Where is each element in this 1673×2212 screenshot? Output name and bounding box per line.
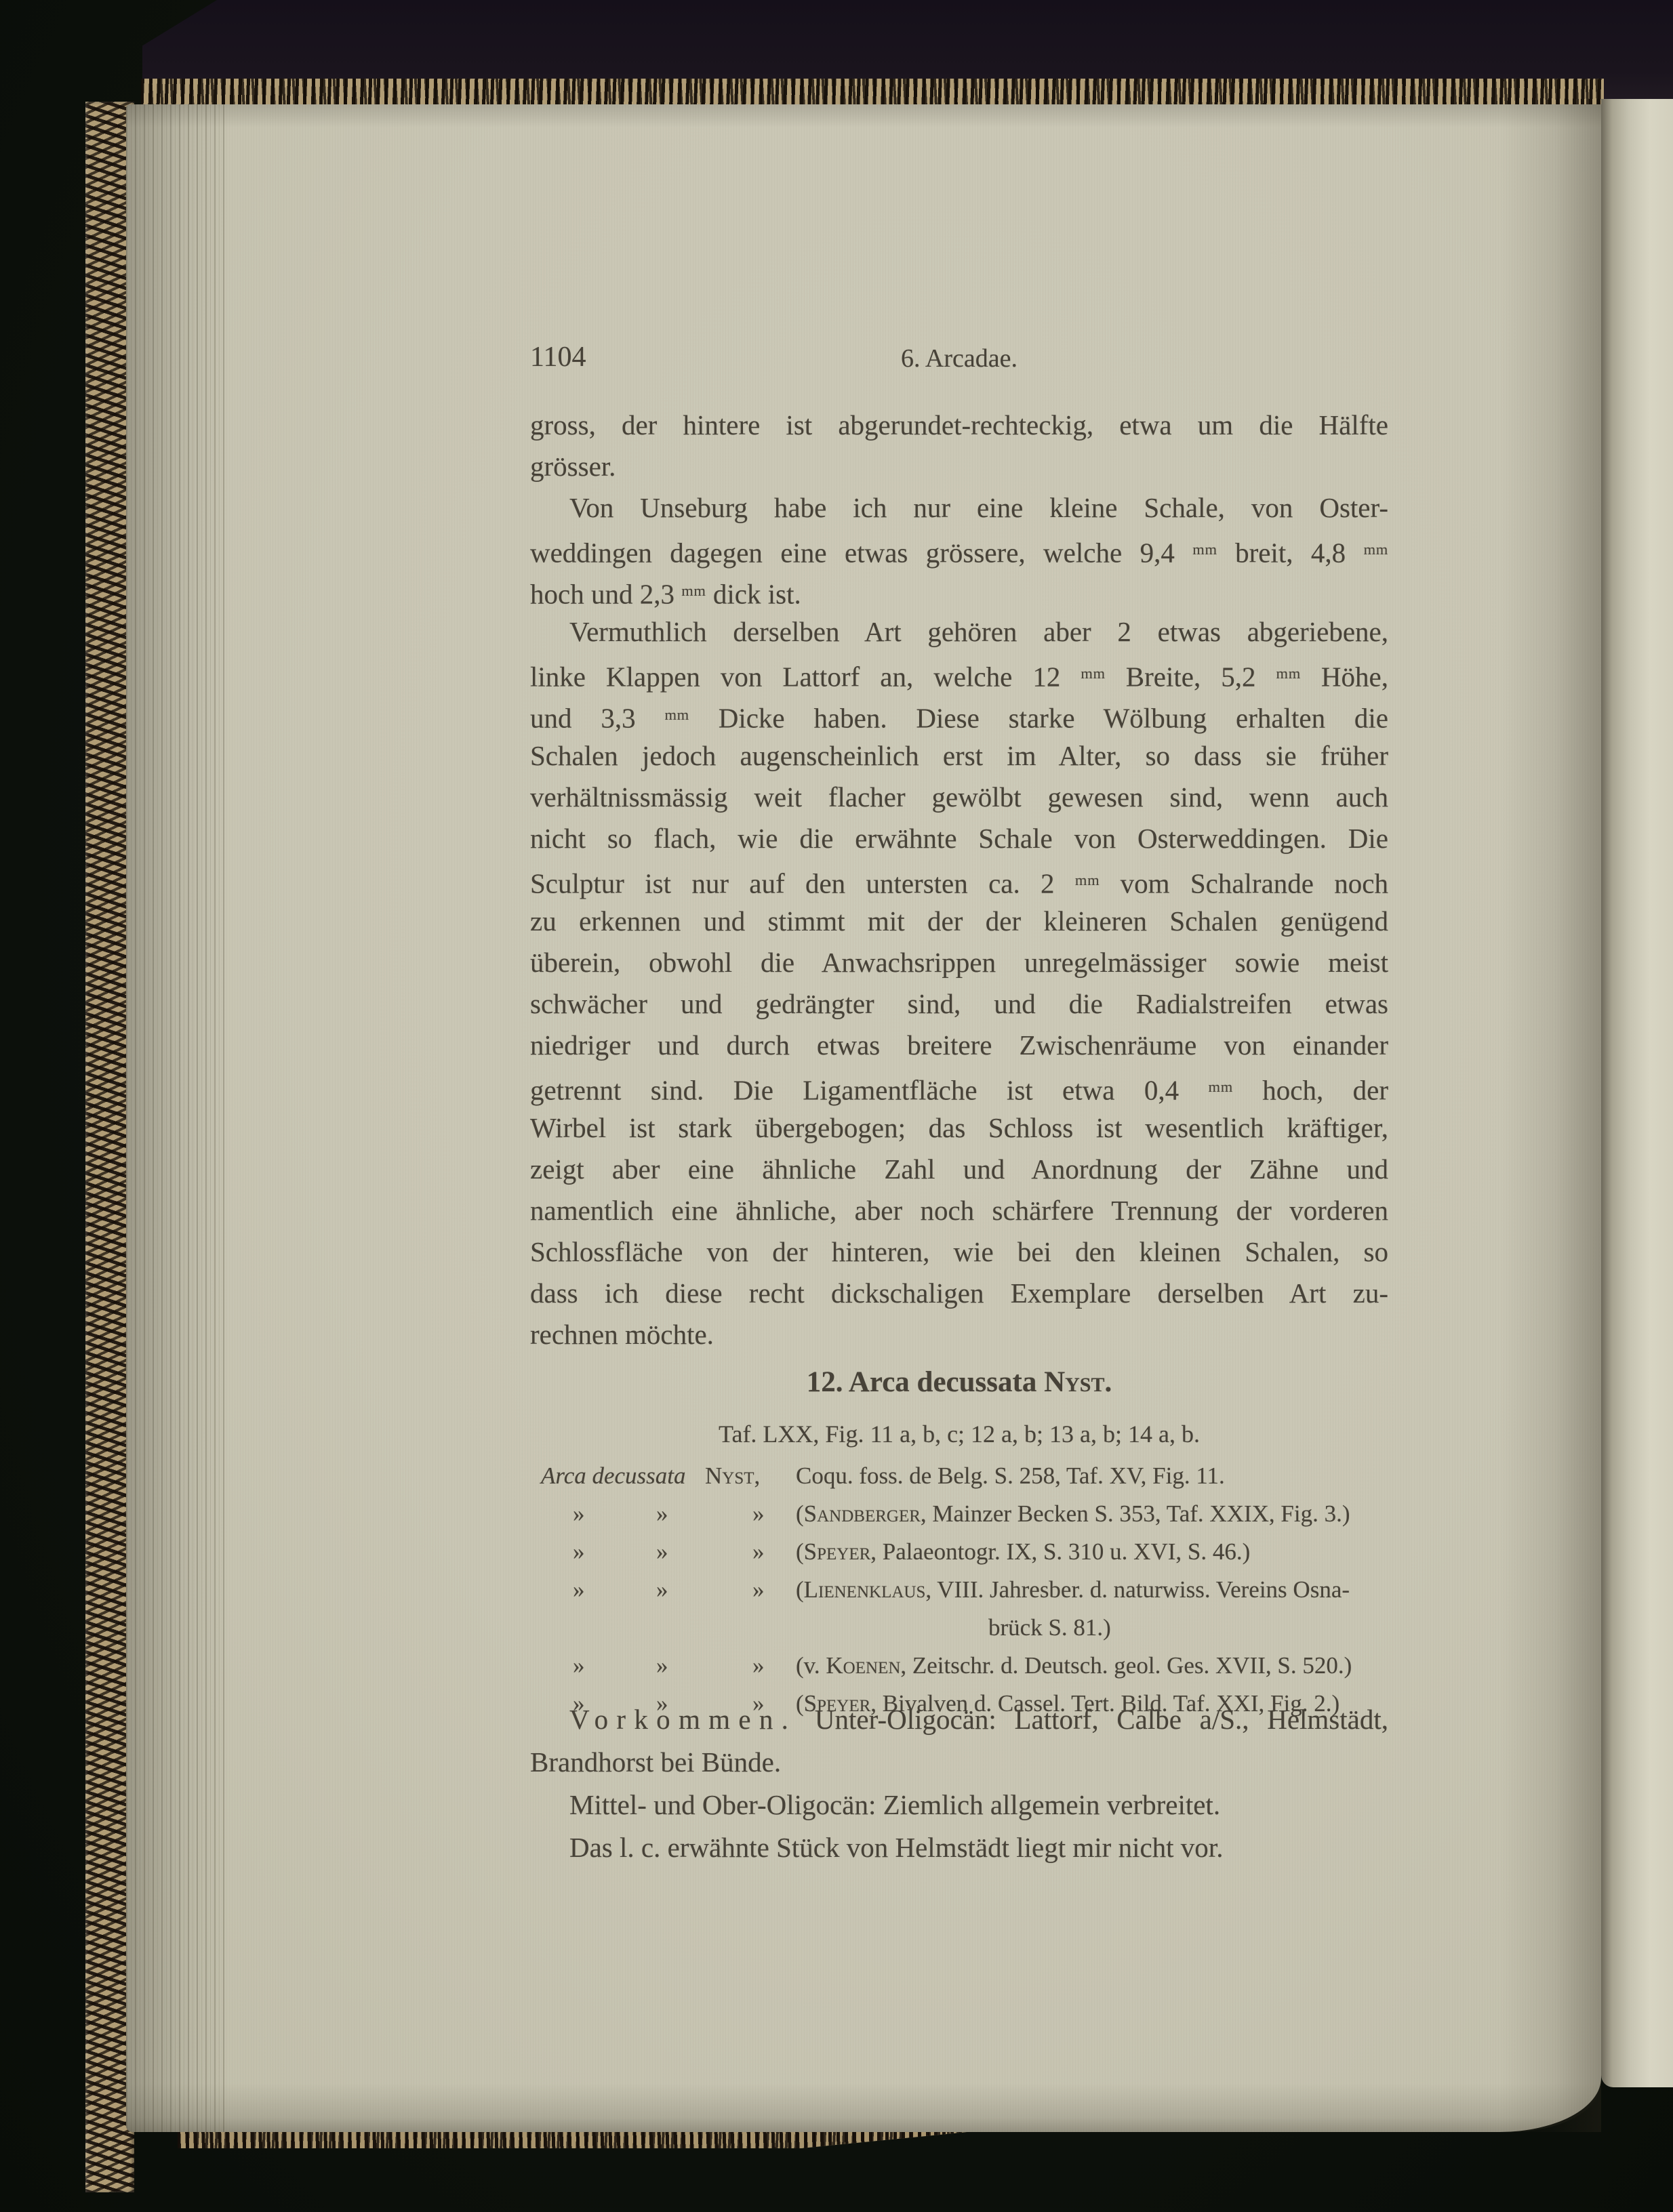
figures-line: Taf. LXX, Fig. 11 a, b, c; 12 a, b; 13 a… (530, 1422, 1388, 1446)
section-heading-title: 12. Arca decussata (807, 1366, 1044, 1398)
text-line: rechnen möchte. (530, 1314, 1388, 1355)
section-heading: 12. Arca decussata Nyst. (530, 1368, 1388, 1397)
ditto-mark: » (752, 1572, 765, 1607)
synonymy-row: »»»(v. Koenen, Zeitschr. d. Deutsch. geo… (536, 1648, 1391, 1686)
text-line: Sculptur ist nur auf den untersten ca. 2… (530, 859, 1388, 901)
citation-text: (Sandberger, Mainzer Becken S. 353, Taf.… (796, 1496, 1350, 1532)
text-line: Mittel- und Ober-Oligocän: Ziemlich allg… (530, 1784, 1388, 1826)
text-line: Vorkommen. Unter-Oligocän: Lattorf, Calb… (530, 1698, 1388, 1741)
text-line: Vermuthlich derselben Art gehören aber 2… (530, 611, 1388, 653)
text-line: linke Klappen von Lattorf an, welche 12 … (530, 653, 1388, 694)
ditto-mark: » (573, 1572, 585, 1607)
author-name: Nyst, (705, 1458, 760, 1494)
text-line: weddingen dagegen eine etwas grössere, w… (530, 529, 1388, 570)
citation-text: (v. Koenen, Zeitschr. d. Deutsch. geol. … (796, 1648, 1352, 1683)
synonymy-continuation: brück S. 81.) (536, 1610, 1391, 1648)
book-photo: 1104 6. Arcadae. gross, der hintere ist … (0, 0, 1673, 2212)
text-line: Von Unseburg habe ich nur eine kleine Sc… (530, 487, 1388, 529)
page-content: 1104 6. Arcadae. gross, der hintere ist … (0, 0, 1673, 2212)
text-line: hoch und 2,3 mm dick ist. (530, 570, 1388, 611)
text-line: und 3,3 mm Dicke haben. Diese starke Wöl… (530, 694, 1388, 735)
text-line: niedriger und durch etwas breitere Zwisc… (530, 1025, 1388, 1066)
text-line: zeigt aber eine ähnliche Zahl und Anordn… (530, 1149, 1388, 1190)
ditto-mark: » (752, 1496, 765, 1532)
ditto-mark: » (573, 1648, 585, 1683)
ditto-mark: » (573, 1496, 585, 1532)
text-line: schwächer und gedrängter sind, und die R… (530, 983, 1388, 1025)
ditto-mark: » (656, 1534, 668, 1570)
text-line: grösser. (530, 446, 1388, 487)
text-line: gross, der hintere ist abgerundet-rechte… (530, 405, 1388, 446)
text-line: Schalen jedoch augenscheinlich erst im A… (530, 735, 1388, 777)
synonymy-list: Arca decussataNyst,Coqu. foss. de Belg. … (536, 1458, 1391, 1724)
citation-text: (Speyer, Palaeontogr. IX, S. 310 u. XVI,… (796, 1534, 1250, 1570)
running-header: 6. Arcadae. (530, 346, 1388, 371)
text-line: Schlossfläche von der hinteren, wie bei … (530, 1231, 1388, 1273)
ditto-mark: » (656, 1648, 668, 1683)
section-heading-author: Nyst. (1044, 1366, 1112, 1398)
text-line: namentlich eine ähnliche, aber noch schä… (530, 1190, 1388, 1231)
synonymy-row: »»»(Sandberger, Mainzer Becken S. 353, T… (536, 1496, 1391, 1534)
synonymy-row: »»»(Lienenklaus, VIII. Jahresber. d. nat… (536, 1572, 1391, 1610)
ditto-mark: » (656, 1496, 668, 1532)
text-line: getrennt sind. Die Ligamentfläche ist et… (530, 1066, 1388, 1107)
ditto-mark: » (573, 1534, 585, 1570)
synonymy-row: Arca decussataNyst,Coqu. foss. de Belg. … (536, 1458, 1391, 1496)
text-line: Brandhorst bei Bünde. (530, 1741, 1388, 1784)
text-line: überein, obwohl die Anwachsrippen unrege… (530, 942, 1388, 983)
ditto-mark: » (752, 1534, 765, 1570)
body-lines: gross, der hintere ist abgerundet-rechte… (530, 405, 1388, 1355)
text-line: verhältnissmässig weit flacher gewölbt g… (530, 777, 1388, 818)
synonymy-row: »»»(Speyer, Palaeontogr. IX, S. 310 u. X… (536, 1534, 1391, 1572)
species-name: Arca decussata (541, 1458, 686, 1494)
text-line: dass ich diese recht dickschaligen Exemp… (530, 1273, 1388, 1314)
text-line: Wirbel ist stark übergebogen; das Schlos… (530, 1107, 1388, 1149)
closing-lines: Vorkommen. Unter-Oligocän: Lattorf, Calb… (530, 1698, 1388, 1869)
text-line: zu erkennen und stimmt mit der der klein… (530, 901, 1388, 942)
text-line: Das l. c. erwähnte Stück von Helmstädt l… (530, 1826, 1388, 1869)
text-line: nicht so flach, wie die erwähnte Schale … (530, 818, 1388, 859)
ditto-mark: » (752, 1648, 765, 1683)
ditto-mark: » (656, 1572, 668, 1607)
citation-text: (Lienenklaus, VIII. Jahresber. d. naturw… (796, 1572, 1350, 1607)
citation-text: Coqu. foss. de Belg. S. 258, Taf. XV, Fi… (796, 1458, 1225, 1494)
